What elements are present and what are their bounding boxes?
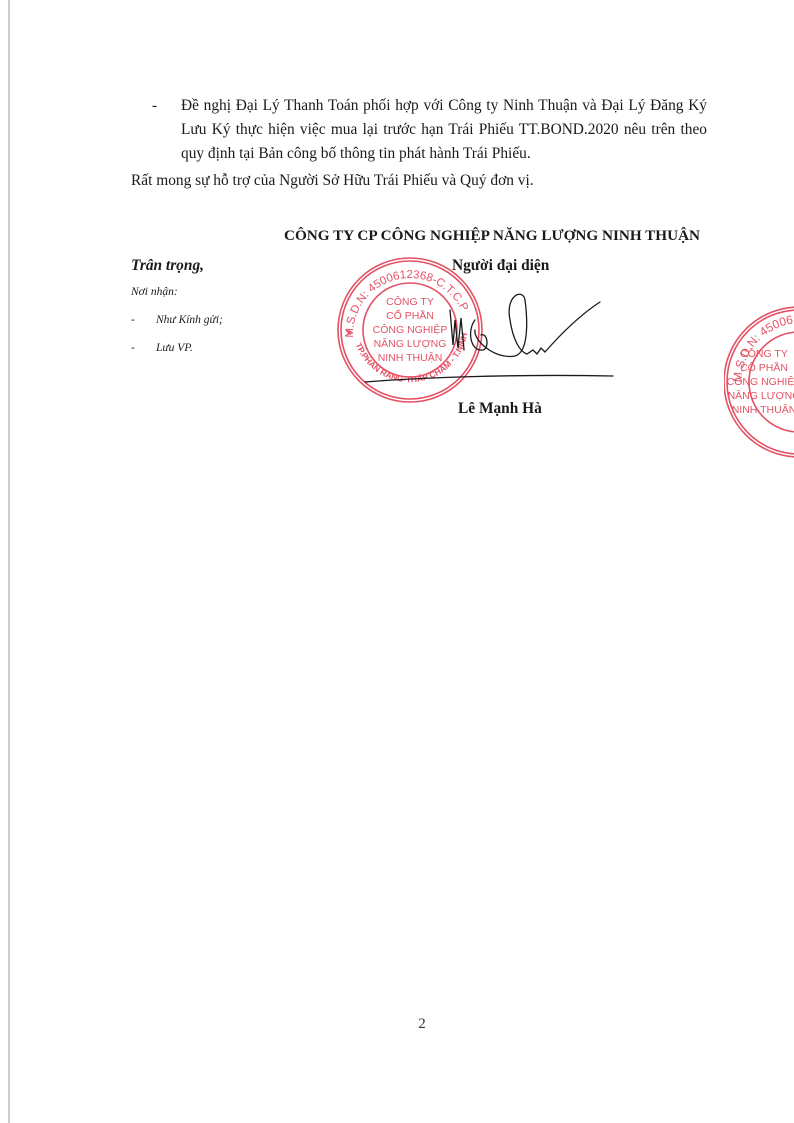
page-edge-line — [8, 0, 10, 1123]
partial-seal: M.S.D.N: 4500612368-C.T.C.P CÔNG TY CỔ P… — [724, 300, 794, 465]
recipient-text: Lưu VP. — [156, 342, 193, 354]
seal-line: CỔ PHẦN — [740, 361, 788, 374]
recipient-item: -Lưu VP. — [131, 342, 193, 354]
bullet-paragraph: Đề nghị Đại Lý Thanh Toán phối hợp với C… — [181, 94, 707, 166]
signer-name: Lê Mạnh Hà — [458, 400, 542, 418]
bullet-dash: - — [152, 94, 157, 118]
seal-line: CÔNG TY — [740, 347, 788, 360]
seal-line: CÔNG NGHIỆP — [727, 375, 794, 388]
seal-line: NĂNG LƯỢNG — [728, 389, 794, 402]
recipient-text: Như Kính gửi; — [156, 314, 223, 326]
recipients-label: Nơi nhận: — [131, 286, 178, 298]
seal-line: NINH THUẬN — [732, 403, 794, 416]
recipient-dash: - — [131, 342, 156, 354]
page-number: 2 — [0, 1016, 794, 1033]
signature — [355, 290, 615, 390]
recipient-item: -Như Kính gửi; — [131, 314, 223, 326]
closing-sentence: Rất mong sự hỗ trợ của Người Sở Hữu Trái… — [131, 169, 534, 193]
recipient-dash: - — [131, 314, 156, 326]
company-name: CÔNG TY CP CÔNG NGHIỆP NĂNG LƯỢNG NINH T… — [284, 227, 708, 245]
stamp-star: ★ — [345, 327, 353, 337]
regards: Trân trọng, — [131, 257, 204, 275]
